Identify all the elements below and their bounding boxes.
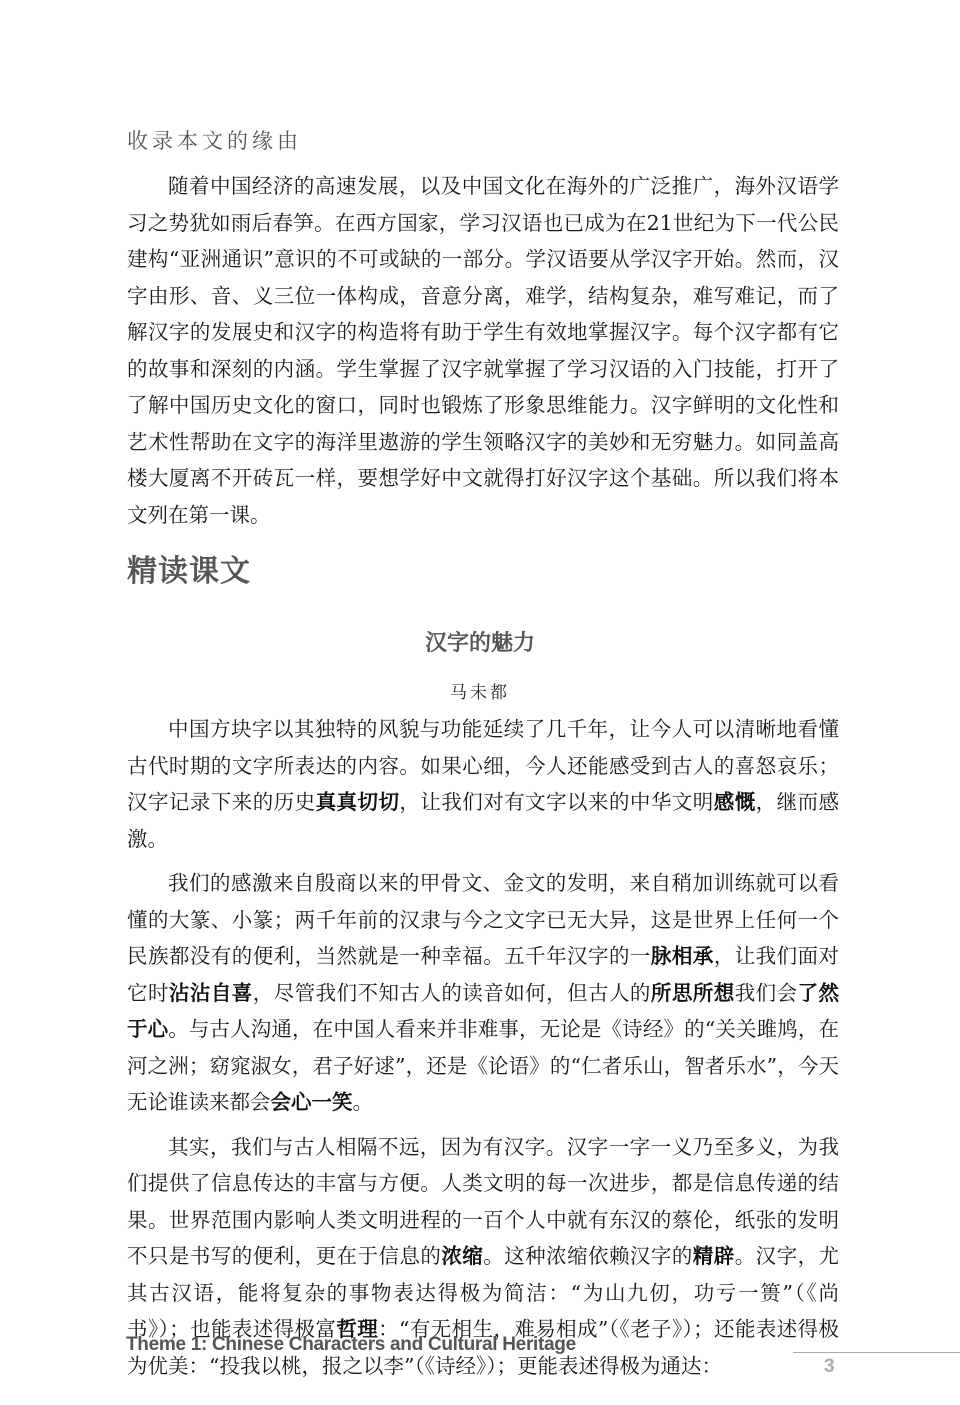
article-body: 中国方块字以其独特的风貌与功能延续了几千年，让今人可以清晰地看懂古代时期的文字所… <box>127 711 839 1392</box>
article-author: 马未都 <box>0 678 960 703</box>
footer-divider <box>793 1352 960 1353</box>
page-number: 3 <box>824 1356 835 1378</box>
emphasized-term: 感慨 <box>714 790 756 814</box>
emphasized-term: 精辟 <box>693 1244 735 1268</box>
article-paragraph-2: 我们的感激来自殷商以来的甲骨文、金文的发明，来自稍加训练就可以看懂的大篆、小篆；… <box>127 865 839 1121</box>
section-heading: 精读课文 <box>127 546 251 590</box>
emphasized-term: 真真切切 <box>316 790 400 814</box>
intro-paragraph: 随着中国经济的高速发展，以及中国文化在海外的广泛推广，海外汉语学习之势犹如雨后春… <box>127 168 839 533</box>
emphasized-term: 沾沾自喜 <box>169 981 253 1005</box>
section-label: 收录本文的缘由 <box>127 125 302 155</box>
emphasized-term: 浓缩 <box>441 1244 483 1268</box>
article-title-wrapper: 汉字的魅力 <box>0 626 960 657</box>
emphasized-term: 脉相承 <box>651 944 714 968</box>
textbook-page: 收录本文的缘由 随着中国经济的高速发展，以及中国文化在海外的广泛推广，海外汉语学… <box>0 0 960 1405</box>
emphasized-term: 会心一笑 <box>271 1090 353 1114</box>
article-title: 汉字的魅力 <box>425 626 535 657</box>
footer-theme-title: Theme 1: Chinese Characters and Cultural… <box>126 1334 576 1356</box>
emphasized-term: 所思所想 <box>651 981 735 1005</box>
article-paragraph-1: 中国方块字以其独特的风貌与功能延续了几千年，让今人可以清晰地看懂古代时期的文字所… <box>127 711 839 857</box>
intro-section: 随着中国经济的高速发展，以及中国文化在海外的广泛推广，海外汉语学习之势犹如雨后春… <box>127 168 839 533</box>
